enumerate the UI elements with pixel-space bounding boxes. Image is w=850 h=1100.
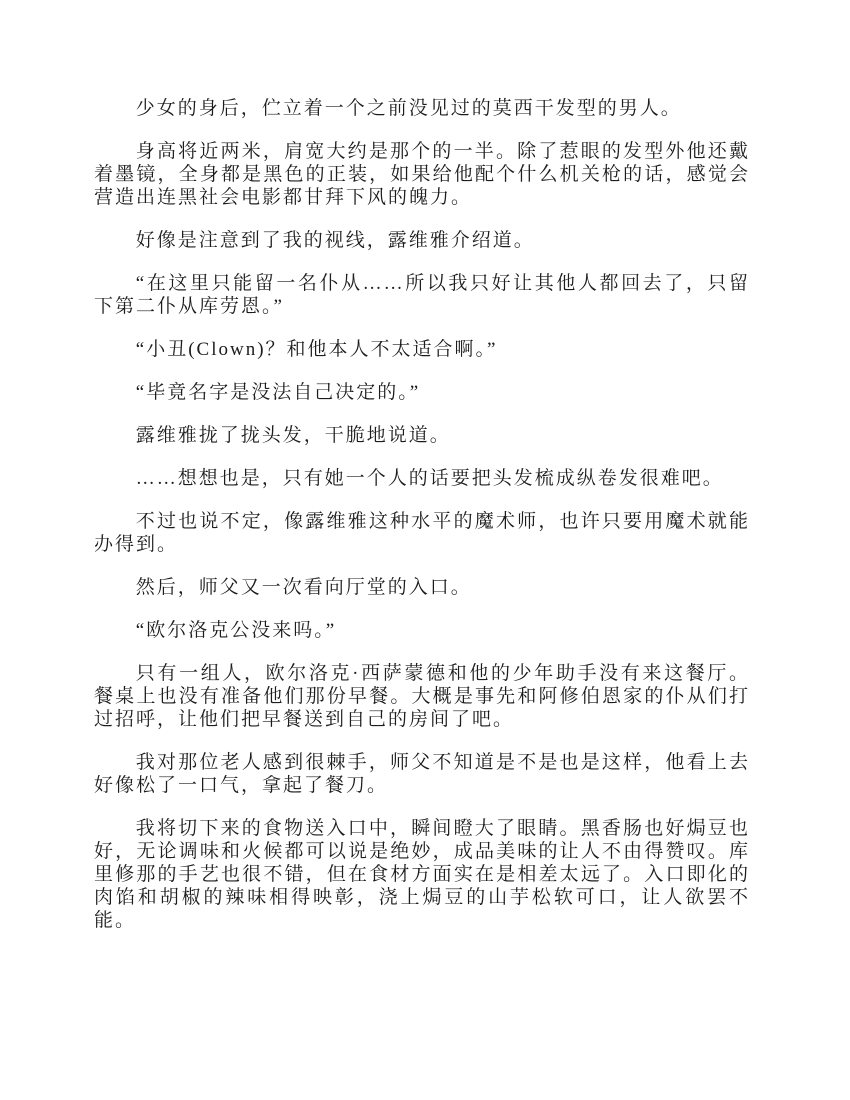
paragraph: “毕竟名字是没法自己决定的。” <box>94 381 750 404</box>
paragraph: 身高将近两米，肩宽大约是那个的一半。除了惹眼的发型外他还戴着墨镜，全身都是黑色的… <box>94 140 750 209</box>
paragraph: 然后，师父又一次看向厅堂的入口。 <box>94 576 750 599</box>
document-background: { "page": { "background": "#ffffff", "te… <box>0 0 850 1100</box>
paragraph: 露维雅拢了拢头发，干脆地说道。 <box>94 424 750 447</box>
paragraph: “欧尔洛克公没来吗。” <box>94 619 750 642</box>
paragraph: ……想想也是，只有她一个人的话要把头发梳成纵卷发很难吧。 <box>94 467 750 490</box>
paragraph: 不过也说不定，像露维雅这种水平的魔术师，也许只要用魔术就能办得到。 <box>94 510 750 556</box>
paragraph: 好像是注意到了我的视线，露维雅介绍道。 <box>94 229 750 252</box>
paragraph: 我将切下来的食物送入口中，瞬间瞪大了眼睛。黑香肠也好焗豆也好，无论调味和火候都可… <box>94 817 750 932</box>
paragraph: 我对那位老人感到很棘手，师父不知道是不是也是这样，他看上去好像松了一口气，拿起了… <box>94 751 750 797</box>
paragraph: “小丑(Clown)？和他本人不太适合啊。” <box>94 338 750 361</box>
paragraph: “在这里只能留一名仆从……所以我只好让其他人都回去了，只留下第二仆从库劳恩。” <box>94 272 750 318</box>
document-page: 少女的身后，伫立着一个之前没见过的莫西干发型的男人。 身高将近两米，肩宽大约是那… <box>0 0 850 1100</box>
paragraph: 只有一组人，欧尔洛克·西萨蒙德和他的少年助手没有来这餐厅。餐桌上也没有准备他们那… <box>94 662 750 731</box>
paragraph: 少女的身后，伫立着一个之前没见过的莫西干发型的男人。 <box>94 97 750 120</box>
